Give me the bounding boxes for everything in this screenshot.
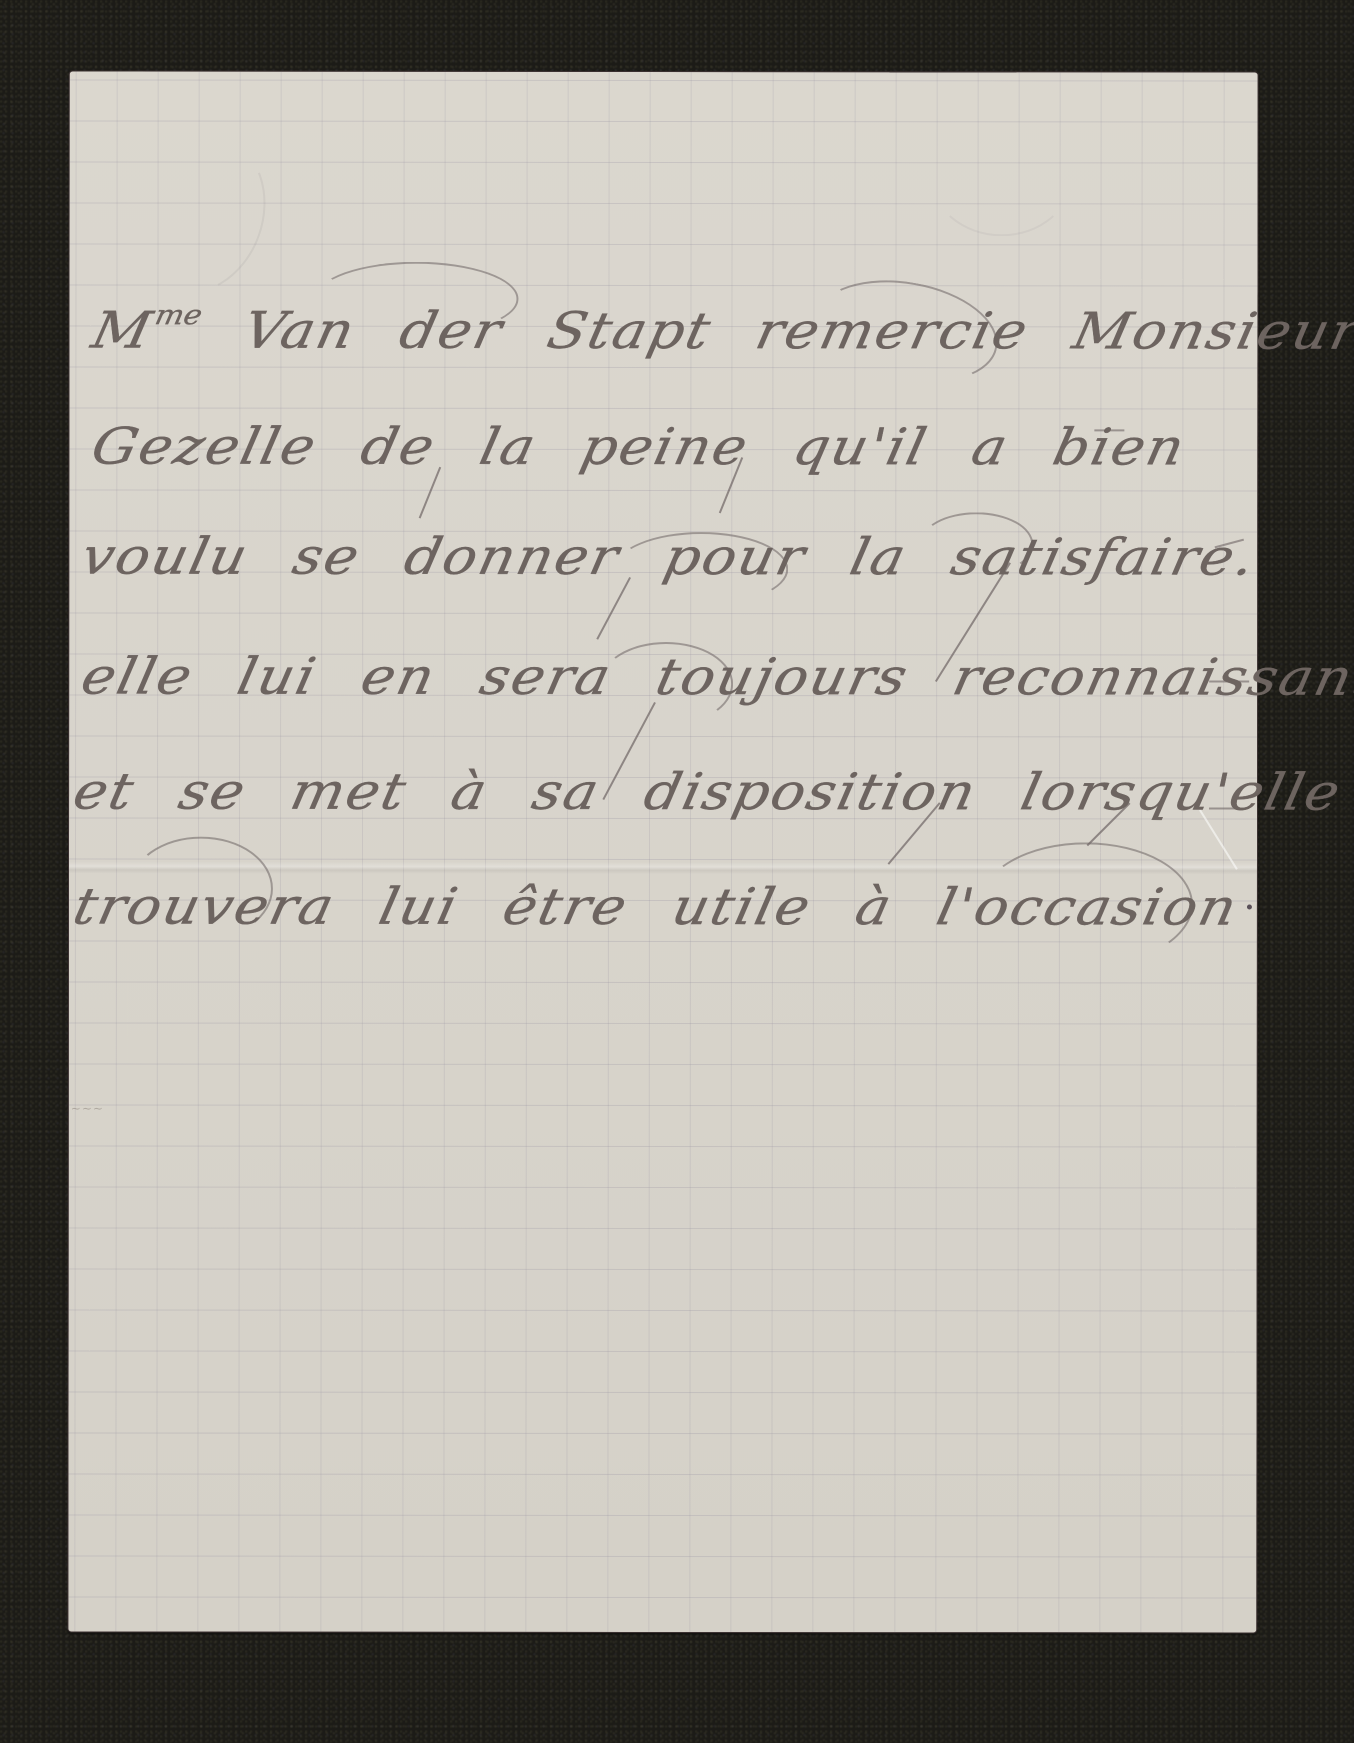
letter-line-2: Gezelle de la peine qu'il a bien — [87, 422, 1258, 473]
line-text: elle lui en sera toujours reconnaissante — [76, 648, 1354, 708]
salutation-superscript: me — [152, 300, 205, 332]
line-text: voulu se donner pour la satisfaire. — [76, 528, 1261, 588]
letter-sheet: ~~~ Mme Van der Stapt remercie Monsieur … — [68, 71, 1257, 1632]
closing-period — [1247, 905, 1252, 910]
letter-line-5: et se met à sa disposition lorsqu'elle — [69, 767, 1258, 818]
letter-line-3: voulu se donner pour la satisfaire. — [77, 532, 1258, 583]
handwritten-letter-body: Mme Van der Stapt remercie Monsieur Geze… — [68, 71, 1257, 1632]
line-text: Gezelle de la peine qu'il a bien — [87, 418, 1192, 477]
line-text: et se met à sa disposition lorsqu'elle — [68, 763, 1347, 823]
line-text: trouvera lui être utile à l'occasion — [68, 878, 1243, 938]
line-text: Van der Stapt remercie Monsieur — [192, 302, 1354, 362]
letter-line-6: trouvera lui être utile à l'occasion — [69, 882, 1258, 933]
letter-line-4: elle lui en sera toujours reconnaissante — [77, 652, 1258, 703]
letter-line-1: Mme Van der Stapt remercie Monsieur — [87, 303, 1259, 358]
salutation-initial: M — [87, 302, 159, 361]
